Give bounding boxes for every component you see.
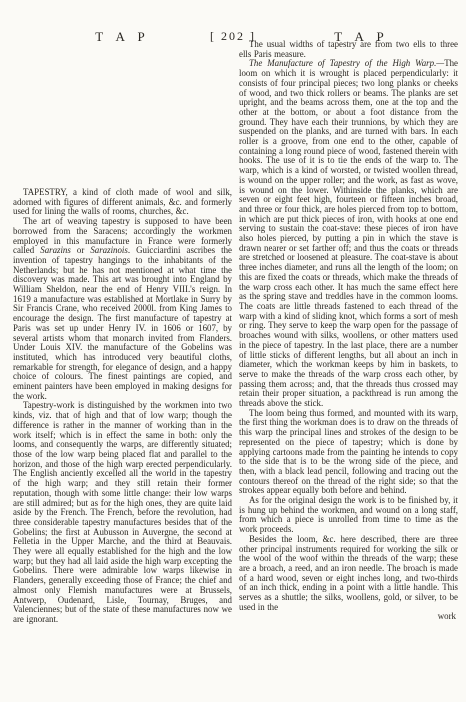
text-run: The loom on which it is wrought is place… <box>239 58 458 408</box>
paragraph: Tapestry-work is distinguished by the wo… <box>13 401 232 624</box>
paragraph: The loom being thus formed, and mounted … <box>239 409 458 496</box>
catchword: work <box>239 612 458 622</box>
italic-run: Sarazinois <box>90 245 127 255</box>
text-run: Tapestry-work is distinguished by the wo… <box>13 400 232 623</box>
text-run: Besides the loom, &c. here described, th… <box>239 534 458 612</box>
text-run: TAPESTRY, a kind of cloth made of wool a… <box>13 187 232 216</box>
right-column: The usual widths of tapestry are from tw… <box>239 40 458 625</box>
blank-space <box>13 40 232 188</box>
italic-run: Sarazins <box>40 245 71 255</box>
paragraph: The Manufacture of Tapestry of the High … <box>239 59 458 408</box>
left-column: TAPESTRY, a kind of cloth made of wool a… <box>13 40 232 625</box>
text-run: . Guicciardini ascribes the invention of… <box>13 245 232 401</box>
text-run: The loom being thus formed, and mounted … <box>239 408 458 496</box>
paragraph: TAPESTRY, a kind of cloth made of wool a… <box>13 188 232 217</box>
paragraph: As for the original design the work is t… <box>239 496 458 535</box>
paragraph: The usual widths of tapestry are from tw… <box>239 40 458 59</box>
italic-run: The Manufacture of Tapestry of the High … <box>249 58 444 68</box>
text-run: As for the original design the work is t… <box>239 495 458 534</box>
text-run: The usual widths of tapestry are from tw… <box>239 39 458 59</box>
right-column-text: The usual widths of tapestry are from tw… <box>239 40 458 612</box>
paragraph: Besides the loom, &c. here described, th… <box>239 535 458 613</box>
text-columns: TAPESTRY, a kind of cloth made of wool a… <box>13 40 458 625</box>
text-run: or <box>71 245 91 255</box>
left-column-text: TAPESTRY, a kind of cloth made of wool a… <box>13 188 232 625</box>
book-page: T A P [ 202 ] T A P TAPESTRY, a kind of … <box>0 0 466 702</box>
paragraph: The art of weaving tapestry is supposed … <box>13 217 232 401</box>
